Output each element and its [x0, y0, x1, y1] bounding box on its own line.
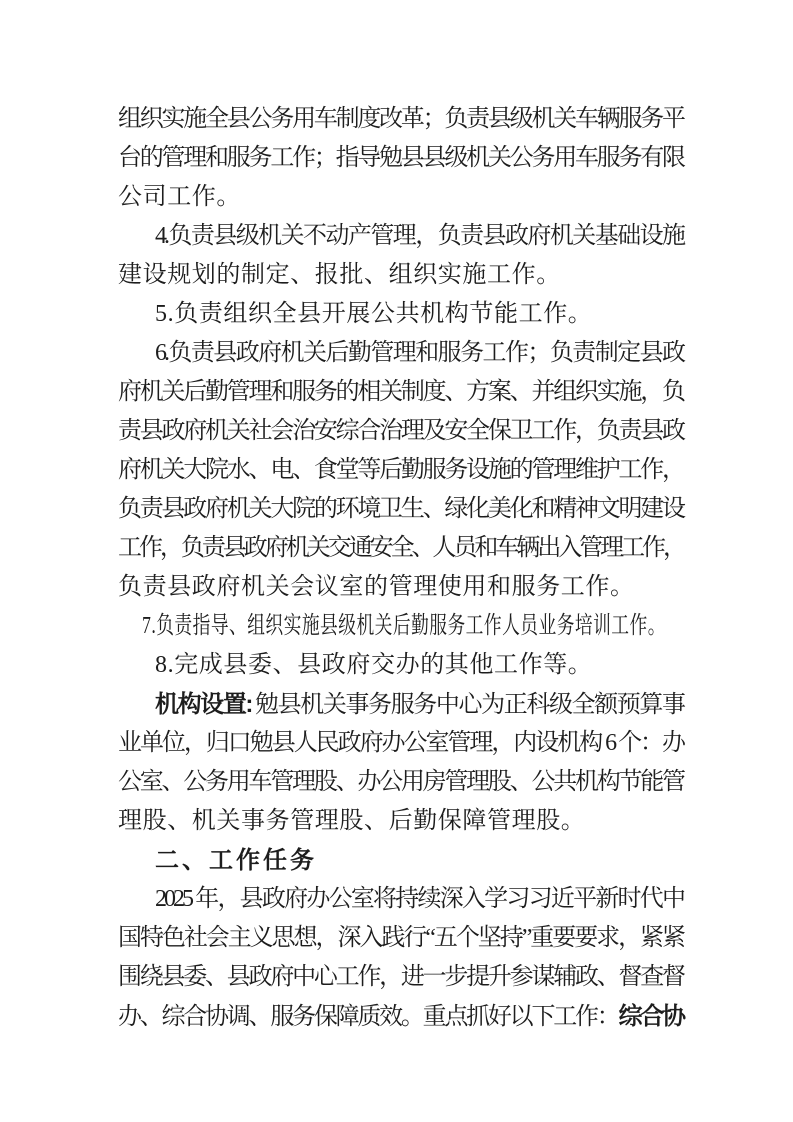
text-line: 二、工作任务 [118, 841, 683, 880]
text-column: 组织实施全县公务用车制度改革；负责县级机关车辆服务平台的管理和服务工作；指导勉县… [118, 100, 683, 1036]
text-run: 6.负责县政府机关后勤管理和服务工作；负责制定县政 [155, 340, 683, 366]
text-line: 台的管理和服务工作；指导勉县县级机关公务用车服务有限 [118, 139, 683, 178]
text-line: 负责县政府机关大院的环境卫生、绿化美化和精神文明建设 [118, 490, 683, 529]
text-run: 办、综合协调、服务保障质效。重点抓好以下工作： [118, 1004, 618, 1030]
text-line: 办、综合协调、服务保障质效。重点抓好以下工作：综合协 [118, 997, 683, 1036]
text-run: 公司工作。 [118, 184, 241, 210]
text-line: 业单位，归口勉县人民政府办公室管理，内设机构 6 个：办 [118, 724, 683, 763]
text-run: 5.负责组织全县开展公共机构节能工作。 [155, 301, 592, 327]
text-line: 6.负责县政府机关后勤管理和服务工作；负责制定县政 [118, 334, 683, 373]
text-line: 2025 年，县政府办公室将持续深入学习习近平新时代中 [118, 880, 683, 919]
text-run: 府机关大院水、电、食堂等后勤服务设施的管理维护工作， [118, 457, 683, 483]
text-run: 业单位，归口勉县人民政府办公室管理，内设机构 6 个：办 [118, 730, 683, 756]
text-run: 负责县政府机关会议室的管理使用和服务工作。 [118, 574, 635, 600]
document-page: 组织实施全县公务用车制度改革；负责县级机关车辆服务平台的管理和服务工作；指导勉县… [0, 0, 793, 1122]
text-run: 4.负责县级机关不动产管理，负责县政府机关基础设施 [155, 223, 683, 249]
text-run: 7.负责指导、组织实施县级机关后勤服务工作人员业务培训工作。 [142, 613, 666, 639]
text-line: 责县政府机关社会治安综合治理及安全保卫工作，负责县政 [118, 412, 683, 451]
text-run: 台的管理和服务工作；指导勉县县级机关公务用车服务有限 [118, 145, 683, 171]
text-line: 8.完成县委、县政府交办的其他工作等。 [118, 646, 683, 685]
text-run: 工作，负责县政府机关交通安全、人员和车辆出入管理工作， [118, 535, 683, 561]
text-line: 公司工作。 [118, 178, 683, 217]
text-line: 负责县政府机关会议室的管理使用和服务工作。 [118, 568, 683, 607]
text-line: 7.负责指导、组织实施县级机关后勤服务工作人员业务培训工作。 [118, 607, 683, 646]
bold-run: 机构设置: [155, 691, 250, 718]
text-line: 建设规划的制定、报批、组织实施工作。 [118, 256, 683, 295]
bold-run: 综合协 [618, 1003, 683, 1030]
compressed-text: 7.负责指导、组织实施县级机关后勤服务工作人员业务培训工作。 [142, 607, 666, 646]
text-run: 组织实施全县公务用车制度改革；负责县级机关车辆服务平 [118, 106, 683, 132]
text-run: 公室、公务用车管理股、办公用房管理股、公共机构节能管 [118, 769, 683, 795]
text-line: 府机关后勤管理和服务的相关制度、方案、并组织实施，负 [118, 373, 683, 412]
text-run: 围绕县委、县政府中心工作，进一步提升参谋辅政、督查督 [118, 964, 683, 990]
text-line: 围绕县委、县政府中心工作，进一步提升参谋辅政、督查督 [118, 958, 683, 997]
text-line: 5.负责组织全县开展公共机构节能工作。 [118, 295, 683, 334]
text-line: 国特色社会主义思想，深入践行“五个坚持”重要要求，紧紧 [118, 919, 683, 958]
text-run: 2025 年，县政府办公室将持续深入学习习近平新时代中 [155, 886, 683, 912]
text-run: 负责县政府机关大院的环境卫生、绿化美化和精神文明建设 [118, 496, 683, 522]
text-line: 理股、机关事务管理股、后勤保障管理股。 [118, 802, 683, 841]
text-line: 公室、公务用车管理股、办公用房管理股、公共机构节能管 [118, 763, 683, 802]
text-line: 机构设置: 勉县机关事务服务中心为正科级全额预算事 [118, 685, 683, 724]
bold-run: 二、工作任务 [155, 847, 317, 874]
text-run: 国特色社会主义思想，深入践行“五个坚持”重要要求，紧紧 [118, 925, 683, 951]
text-run: 理股、机关事务管理股、后勤保障管理股。 [118, 808, 585, 834]
text-line: 府机关大院水、电、食堂等后勤服务设施的管理维护工作， [118, 451, 683, 490]
text-line: 4.负责县级机关不动产管理，负责县政府机关基础设施 [118, 217, 683, 256]
text-run: 建设规划的制定、报批、组织实施工作。 [118, 262, 561, 288]
text-line: 组织实施全县公务用车制度改革；负责县级机关车辆服务平 [118, 100, 683, 139]
text-run: 8.完成县委、县政府交办的其他工作等。 [155, 652, 592, 678]
text-run: 府机关后勤管理和服务的相关制度、方案、并组织实施，负 [118, 379, 683, 405]
text-run: 勉县机关事务服务中心为正科级全额预算事 [250, 692, 683, 718]
text-run: 责县政府机关社会治安综合治理及安全保卫工作，负责县政 [118, 418, 683, 444]
text-line: 工作，负责县政府机关交通安全、人员和车辆出入管理工作， [118, 529, 683, 568]
